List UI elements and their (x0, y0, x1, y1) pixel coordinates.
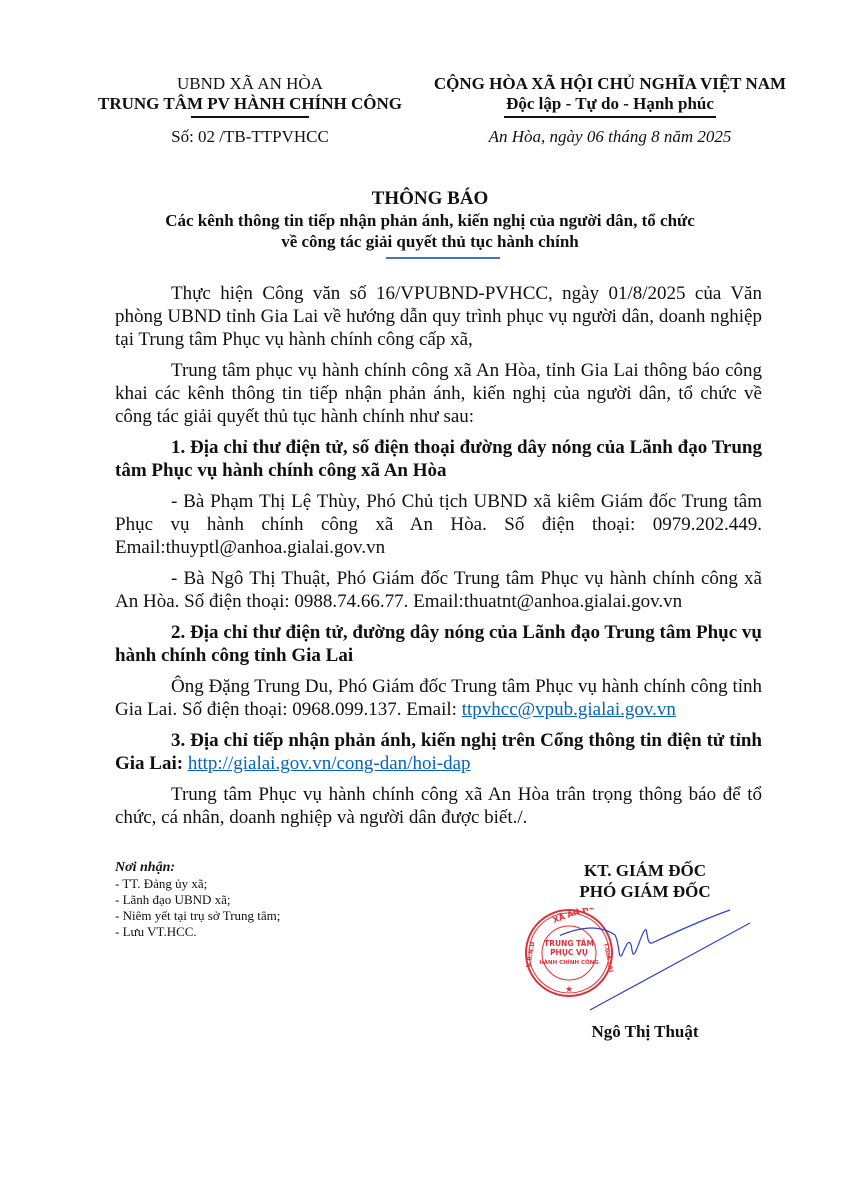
signature-title: KT. GIÁM ĐỐC PHÓ GIÁM ĐỐC (520, 860, 770, 902)
document-body: Thực hiện Công văn số 16/VPUBND-PVHCC, n… (115, 282, 762, 837)
paragraph-intro: Thực hiện Công văn số 16/VPUBND-PVHCC, n… (115, 282, 762, 351)
authority-underline (191, 116, 309, 118)
section-2-heading: 2. Địa chỉ thư điện tử, đường dây nóng c… (115, 621, 762, 667)
authority-line1: UBND XÃ AN HÒA (80, 74, 420, 94)
national-name: CỘNG HÒA XÃ HỘI CHỦ NGHĨA VIỆT NAM (415, 74, 805, 94)
motto-underline (504, 116, 716, 118)
paragraph-closing: Trung tâm Phục vụ hành chính công xã An … (115, 783, 762, 829)
signer-name: Ngô Thị Thuật (520, 1022, 770, 1042)
signature-line1: KT. GIÁM ĐỐC (520, 860, 770, 881)
issuing-authority: UBND XÃ AN HÒA TRUNG TÂM PV HÀNH CHÍNH C… (80, 74, 420, 118)
document-title: THÔNG BÁO Các kênh thông tin tiếp nhận p… (90, 188, 770, 252)
title-sub1: Các kênh thông tin tiếp nhận phản ánh, k… (90, 210, 770, 231)
email-link[interactable]: ttpvhcc@vpub.gialai.gov.vn (462, 699, 676, 720)
title-main: THÔNG BÁO (90, 188, 770, 210)
section-1-heading: 1. Địa chỉ thư điện tử, số điện thoại đư… (115, 436, 762, 482)
authority-line2: TRUNG TÂM PV HÀNH CHÍNH CÔNG (80, 94, 420, 114)
handwritten-signature-icon (560, 905, 750, 1015)
recipient-item: - Niêm yết tại trụ sở Trung tâm; (115, 908, 280, 924)
section-1-item-1: - Bà Phạm Thị Lệ Thùy, Phó Chủ tịch UBND… (115, 490, 762, 559)
document-date: An Hòa, ngày 06 tháng 8 năm 2025 (415, 127, 805, 147)
document-number: Số: 02 /TB-TTPVHCC (80, 127, 420, 147)
section-3: 3. Địa chỉ tiếp nhận phản ánh, kiến nghị… (115, 729, 762, 775)
section-1-item-2: - Bà Ngô Thị Thuật, Phó Giám đốc Trung t… (115, 567, 762, 613)
paragraph-announce: Trung tâm phục vụ hành chính công xã An … (115, 359, 762, 428)
recipients-block: Nơi nhận: - TT. Đảng ủy xã; - Lãnh đạo U… (115, 860, 280, 940)
recipients-title: Nơi nhận: (115, 860, 280, 876)
recipient-item: - Lãnh đạo UBND xã; (115, 892, 280, 908)
section-2-text: Ông Đặng Trung Du, Phó Giám đốc Trung tâ… (115, 675, 762, 721)
title-sub2: về công tác giải quyết thủ tục hành chín… (90, 231, 770, 252)
recipient-item: - Lưu VT.HCC. (115, 924, 280, 940)
national-heading: CỘNG HÒA XÃ HỘI CHỦ NGHĨA VIỆT NAM Độc l… (415, 74, 805, 118)
recipient-item: - TT. Đảng ủy xã; (115, 876, 280, 892)
signature-line2: PHÓ GIÁM ĐỐC (520, 881, 770, 902)
national-motto: Độc lập - Tự do - Hạnh phúc (415, 94, 805, 114)
title-underline (386, 257, 500, 259)
portal-link[interactable]: http://gialai.gov.vn/cong-dan/hoi-dap (188, 753, 471, 774)
